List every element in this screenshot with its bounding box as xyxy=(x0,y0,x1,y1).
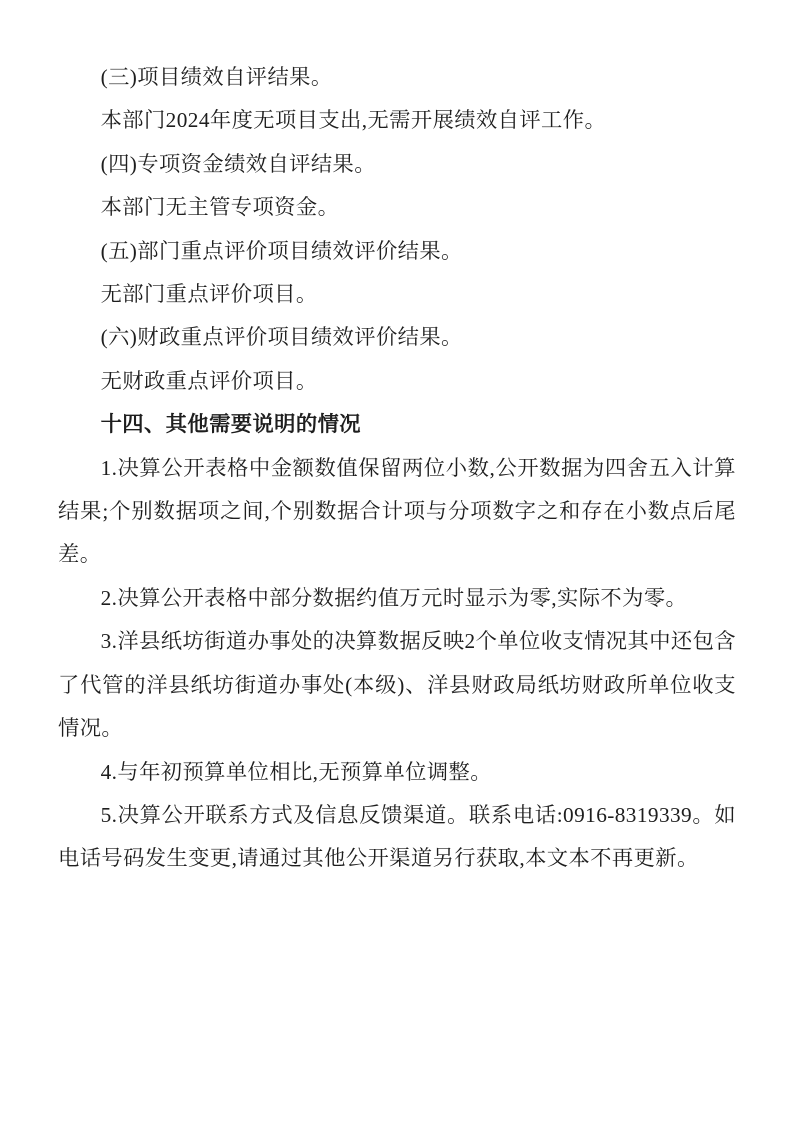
paragraph-note-4-budget-units: 4.与年初预算单位相比,无预算单位调整。 xyxy=(58,751,736,794)
paragraph-note-3-unit-coverage: 3.洋县纸坊街道办事处的决算数据反映2个单位收支情况其中还包含了代管的洋县纸坊街… xyxy=(58,620,736,750)
document-page: (三)项目绩效自评结果。 本部门2024年度无项目支出,无需开展绩效自评工作。 … xyxy=(0,0,793,1122)
section-heading-other-notes: 十四、其他需要说明的情况 xyxy=(58,403,736,446)
paragraph-no-special-fund: 本部门无主管专项资金。 xyxy=(58,186,736,229)
paragraph-no-finance-key-project: 无财政重点评价项目。 xyxy=(58,360,736,403)
paragraph-no-department-key-project: 无部门重点评价项目。 xyxy=(58,273,736,316)
subsection-heading-project-performance-self-evaluation: (三)项目绩效自评结果。 xyxy=(58,56,736,99)
subsection-heading-special-fund-self-evaluation: (四)专项资金绩效自评结果。 xyxy=(58,143,736,186)
paragraph-note-1-rounding: 1.决算公开表格中金额数值保留两位小数,公开数据为四舍五入计算结果;个别数据项之… xyxy=(58,447,736,577)
document-body: (三)项目绩效自评结果。 本部门2024年度无项目支出,无需开展绩效自评工作。 … xyxy=(58,56,736,881)
paragraph-note-5-contact-info: 5.决算公开联系方式及信息反馈渠道。联系电话:0916-8319339。如电话号… xyxy=(58,794,736,881)
paragraph-note-2-zero-display: 2.决算公开表格中部分数据约值万元时显示为零,实际不为零。 xyxy=(58,577,736,620)
subsection-heading-department-key-evaluation: (五)部门重点评价项目绩效评价结果。 xyxy=(58,230,736,273)
subsection-heading-finance-key-evaluation: (六)财政重点评价项目绩效评价结果。 xyxy=(58,316,736,359)
paragraph-no-project-expenditure: 本部门2024年度无项目支出,无需开展绩效自评工作。 xyxy=(58,99,736,142)
